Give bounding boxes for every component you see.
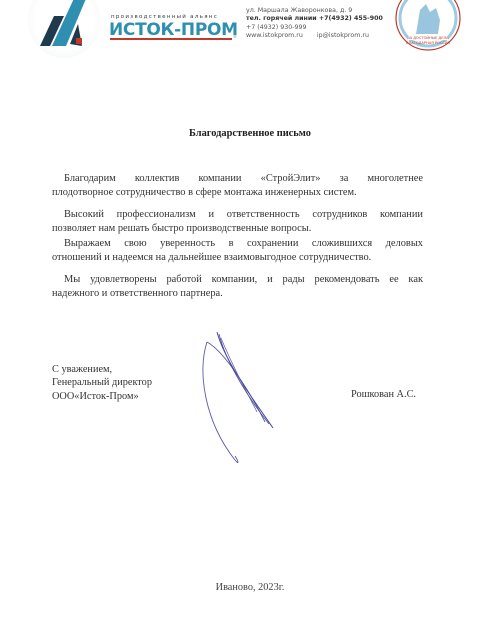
paragraph-4: Мы удовлетворены работой компании, и рад… bbox=[52, 273, 423, 300]
hotline: тел. горячей линии +7(4932) 455-900 bbox=[246, 15, 383, 24]
award-emblem-icon: ЗА ДОСТОЙНЫЕ ДЕЛА БЛАГОДАРНАЯ РОССИЯ bbox=[392, 0, 464, 54]
paragraph-1-rest: плодотворное сотрудничество в сфере монт… bbox=[52, 187, 357, 198]
signoff-position: Генеральный директор bbox=[52, 376, 152, 389]
company-name: ИСТОК-ПРОМ bbox=[109, 20, 238, 40]
paragraph-2: Высокий профессионализм и ответственност… bbox=[52, 208, 423, 235]
brand-underline bbox=[110, 38, 232, 40]
contact-block: . ул. Маршала Жаворонкова, д. 9 тел. гор… bbox=[246, 0, 383, 41]
paragraph-2-line-1: Высокий профессионализм и ответственност… bbox=[52, 208, 423, 222]
svg-text:ЗА ДОСТОЙНЫЕ ДЕЛА: ЗА ДОСТОЙНЫЕ ДЕЛА bbox=[407, 35, 449, 40]
svg-text:БЛАГОДАРНАЯ РОССИЯ: БЛАГОДАРНАЯ РОССИЯ bbox=[406, 41, 451, 45]
istok-prom-logo-icon bbox=[30, 0, 96, 56]
address: ул. Маршала Жаворонкова, д. 9 bbox=[246, 7, 383, 16]
paragraph-3-rest: отношений и надеемся на дальнейшее взаим… bbox=[52, 252, 371, 263]
paragraph-1: Благодарим коллектив компании «СтройЭлит… bbox=[52, 172, 423, 199]
document-title: Благодарственное письмо bbox=[0, 128, 500, 139]
paragraph-1-line-1: Благодарим коллектив компании «СтройЭлит… bbox=[52, 172, 423, 186]
paragraph-2-rest: позволяет нам решать быстро производстве… bbox=[52, 223, 311, 234]
paragraph-3: Выражаем свою уверенность в сохранении с… bbox=[52, 237, 423, 264]
signoff-block: С уважением, Генеральный директор ООО«Ис… bbox=[52, 363, 152, 403]
paragraph-4-rest: надежного и ответственного партнера. bbox=[52, 288, 223, 299]
paragraph-3-line-1: Выражаем свою уверенность в сохранении с… bbox=[52, 237, 423, 251]
paragraph-4-line-1: Мы удовлетворены работой компании, и рад… bbox=[52, 273, 423, 287]
letterhead: производственный альянс ИСТОК-ПРОМ ® . у… bbox=[0, 0, 500, 70]
signoff-organization: ООО«Исток-Пром» bbox=[52, 390, 152, 403]
signer-name: Рошкован А.С. bbox=[351, 389, 416, 400]
website-link[interactable]: www.istokprom.ru bbox=[246, 32, 303, 39]
registered-mark: ® bbox=[233, 34, 237, 39]
footer-place-date: Иваново, 2023г. bbox=[0, 582, 500, 593]
signoff-greeting: С уважением, bbox=[52, 363, 152, 376]
handwritten-signature-icon bbox=[195, 332, 285, 467]
email-link[interactable]: ip@istokprom.ru bbox=[317, 32, 369, 39]
